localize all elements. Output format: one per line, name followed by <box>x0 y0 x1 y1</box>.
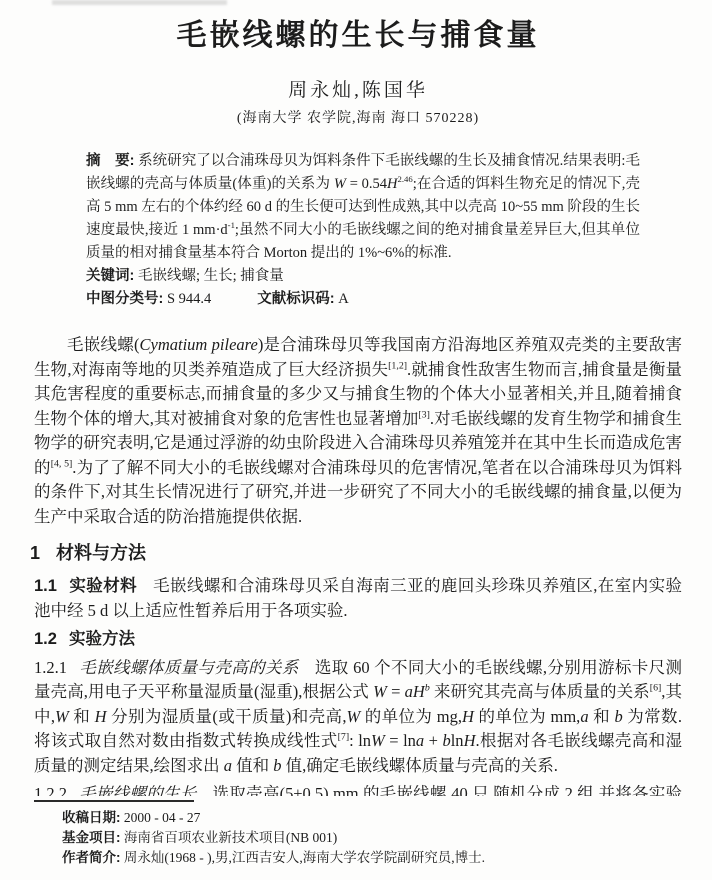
section-1-heading: 1材料与方法 <box>30 540 682 566</box>
received-date-value: 2000 - 04 - 27 <box>121 810 201 825</box>
abstract-text: 系统研究了以合浦珠母贝为饵料条件下毛嵌线螺的生长及捕食情况.结果表明:毛嵌线螺的… <box>86 153 640 261</box>
abstract-label: 摘 要: <box>86 153 134 169</box>
authors-line: 周永灿,陈国华 <box>34 79 682 103</box>
section-1-2-title: 实验方法 <box>69 630 135 648</box>
author-bio-value: 周永灿(1968 - ),男,江西吉安人,海南大学农学院副研究员,博士. <box>121 850 486 865</box>
doc-code-value: A <box>335 291 349 307</box>
affiliation-line: (海南大学 农学院,海南 海口 570228) <box>34 109 682 128</box>
section-1-2-number: 1.2 <box>34 630 57 648</box>
abstract-block: 摘 要: 系统研究了以合浦珠母贝为饵料条件下毛嵌线螺的生长及捕食情况.结果表明:… <box>86 150 640 265</box>
keywords-line: 关键词: 毛嵌线螺; 生长; 捕食量 <box>86 265 640 288</box>
doc-code-label: 文献标识码: <box>257 291 334 307</box>
clc-line: 中图分类号: S 944.4文献标识码: A <box>86 288 640 311</box>
section-1-1-paragraph: 1.1实验材料毛嵌线螺和合浦珠母贝采自海南三亚的鹿回头珍珠贝养殖区,在室内实验池… <box>34 574 682 623</box>
author-bio-line: 作者简介: 周永灿(1968 - ),男,江西吉安人,海南大学农学院副研究员,博… <box>62 848 682 868</box>
section-1-2-1-title: 毛嵌线螺体质量与壳高的关系 <box>79 658 299 677</box>
section-1-number: 1 <box>30 543 40 563</box>
paper-title: 毛嵌线螺的生长与捕食量 <box>34 16 682 56</box>
section-1-1-title: 实验材料 <box>69 577 137 595</box>
keywords-label: 关键词: <box>86 268 134 284</box>
section-1-title: 材料与方法 <box>56 543 146 563</box>
footnote-block: 收稿日期: 2000 - 04 - 27 基金项目: 海南省百项农业新技术项目(… <box>34 796 682 868</box>
fund-project-line: 基金项目: 海南省百项农业新技术项目(NB 001) <box>62 828 682 848</box>
keywords-value: 毛嵌线螺; 生长; 捕食量 <box>134 268 283 284</box>
footnote-separator <box>34 800 194 802</box>
paper-page: 毛嵌线螺的生长与捕食量 周永灿,陈国华 (海南大学 农学院,海南 海口 5702… <box>0 0 712 880</box>
fund-project-label: 基金项目: <box>62 830 121 845</box>
received-date-label: 收稿日期: <box>62 810 121 825</box>
section-1-2-heading: 1.2实验方法 <box>34 627 682 652</box>
author-bio-label: 作者简介: <box>62 850 121 865</box>
section-1-2-1-number: 1.2.1 <box>34 658 67 677</box>
fund-project-value: 海南省百项农业新技术项目(NB 001) <box>121 830 338 845</box>
intro-paragraph: 毛嵌线螺(Cymatium pileare)是合浦珠母贝等我国南方沿海地区养殖双… <box>34 333 682 529</box>
section-1-1-number: 1.1 <box>34 577 57 595</box>
scan-artifact <box>52 0 227 5</box>
clc-label: 中图分类号: <box>86 291 163 307</box>
received-date-line: 收稿日期: 2000 - 04 - 27 <box>62 808 682 828</box>
section-1-2-1-paragraph: 1.2.1毛嵌线螺体质量与壳高的关系选取 60 个不同大小的毛嵌线螺,分别用游标… <box>34 656 682 779</box>
clc-value: S 944.4 <box>163 291 211 307</box>
